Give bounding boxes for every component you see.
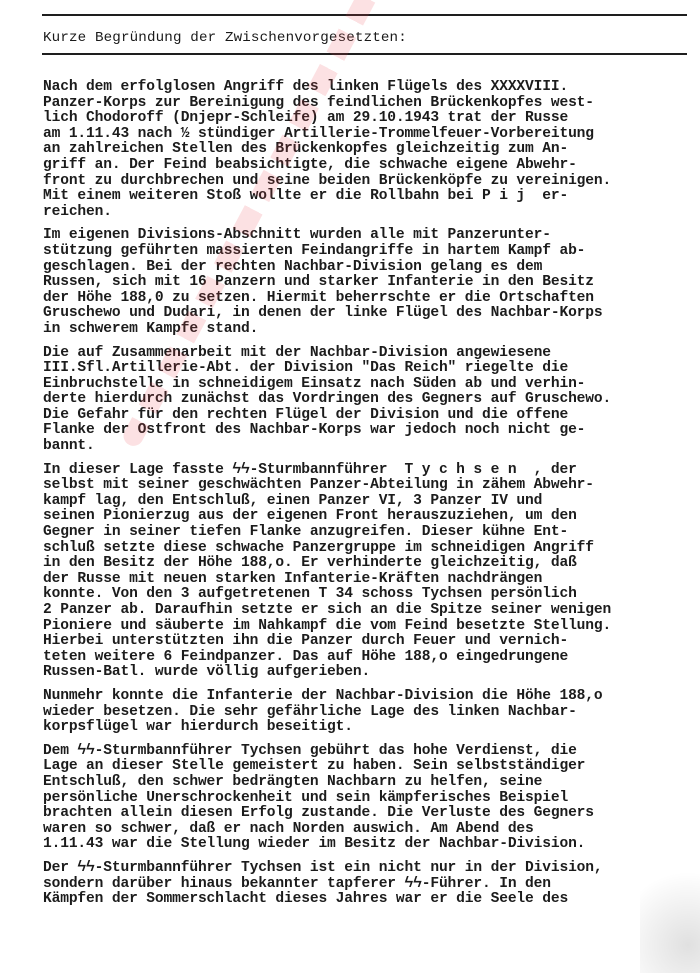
text-line: Die Gefahr für den rechten Flügel der Di… (43, 408, 700, 424)
paragraph: Im eigenen Divisions-Abschnitt wurden al… (43, 228, 700, 337)
text-line: am 1.11.43 nach ½ stündiger Artillerie-T… (43, 127, 700, 143)
paragraph: Nunmehr konnte die Infanterie der Nachba… (43, 689, 700, 736)
text-line: brachten allein diesen Erfolg zustande. … (43, 806, 700, 822)
text-line: III.Sfl.Artillerie-Abt. der Division "Da… (43, 361, 700, 377)
text-line: in schwerem Kampfe stand. (43, 322, 700, 338)
text-line: bannt. (43, 439, 700, 455)
text-line: reichen. (43, 205, 700, 221)
text-line: Der ϟϟ-Sturmbannführer Tychsen ist ein n… (43, 861, 700, 877)
text-line: Hierbei unterstützten ihn die Panzer dur… (43, 634, 700, 650)
text-line: Pioniere und säuberte im Nahkampf die vo… (43, 619, 700, 635)
text-line: Lage an dieser Stelle gemeistert zu habe… (43, 759, 700, 775)
text-line: geschlagen. Bei der rechten Nachbar-Divi… (43, 260, 700, 276)
document-heading: Kurze Begründung der Zwischenvorgesetzte… (43, 30, 407, 46)
text-line: Gruschewo und Dudari, in denen der linke… (43, 306, 700, 322)
text-line: In dieser Lage fasste ϟϟ-Sturmbannführer… (43, 463, 700, 479)
text-line: 1.11.43 war die Stellung wieder im Besit… (43, 837, 700, 853)
text-line: waren so schwer, daß er nach Norden ausw… (43, 822, 700, 838)
heading-underline-rule (42, 53, 687, 55)
text-line: korpsflügel war hierdurch beseitigt. (43, 720, 700, 736)
text-line: Gegner in seiner tiefen Flanke anzugreif… (43, 525, 700, 541)
text-line: derte hierdurch zunächst das Vordringen … (43, 392, 700, 408)
text-line: seinen Pionierzug aus der eigenen Front … (43, 509, 700, 525)
text-line: in den Besitz der Höhe 188,o. Er verhind… (43, 556, 700, 572)
text-line: persönliche Unerschrockenheit und sein k… (43, 791, 700, 807)
text-line: Kämpfen der Sommerschlacht dieses Jahres… (43, 892, 700, 908)
text-line: kampf lag, den Entschluß, einen Panzer V… (43, 494, 700, 510)
text-line: Entschluß, den schwer bedrängten Nachbar… (43, 775, 700, 791)
top-rule (42, 14, 687, 16)
text-line: sondern darüber hinaus bekannter tapfere… (43, 877, 700, 893)
text-line: Mit einem weiteren Stoß wollte er die Ro… (43, 189, 700, 205)
text-line: der Höhe 188,0 zu setzen. Hiermit beherr… (43, 291, 700, 307)
text-line: Russen, sich mit 16 Panzern und starker … (43, 275, 700, 291)
paragraph: Nach dem erfolglosen Angriff des linken … (43, 80, 700, 220)
paragraph: Dem ϟϟ-Sturmbannführer Tychsen gebührt d… (43, 744, 700, 853)
text-line: konnte. Von den 3 aufgetretenen T 34 sch… (43, 587, 700, 603)
text-line: selbst mit seiner geschwächten Panzer-Ab… (43, 478, 700, 494)
text-line: Russen-Batl. wurde völlig aufgerieben. (43, 665, 700, 681)
text-line: lich Chodoroff (Dnjepr-Schleife) am 29.1… (43, 111, 700, 127)
text-line: Flanke der Ostfront des Nachbar-Korps wa… (43, 423, 700, 439)
text-line: teten weitere 6 Feindpanzer. Das auf Höh… (43, 650, 700, 666)
text-line: der Russe mit neuen starken Infanterie-K… (43, 572, 700, 588)
text-line: Dem ϟϟ-Sturmbannführer Tychsen gebührt d… (43, 744, 700, 760)
text-line: Panzer-Korps zur Bereinigung des feindli… (43, 96, 700, 112)
text-line: Einbruchstelle in schneidigem Einsatz na… (43, 377, 700, 393)
text-line: Nach dem erfolglosen Angriff des linken … (43, 80, 700, 96)
paragraph: Die auf Zusammenarbeit mit der Nachbar-D… (43, 346, 700, 455)
text-line: front zu durchbrechen und seine beiden B… (43, 174, 700, 190)
paragraph: Der ϟϟ-Sturmbannführer Tychsen ist ein n… (43, 861, 700, 908)
text-line: schluß setzte diese schwache Panzergrupp… (43, 541, 700, 557)
text-line: 2 Panzer ab. Daraufhin setzte er sich an… (43, 603, 700, 619)
document-body: Nach dem erfolglosen Angriff des linken … (43, 80, 700, 916)
text-line: wieder besetzen. Die sehr gefährliche La… (43, 705, 700, 721)
document-page: Kurze Begründung der Zwischenvorgesetzte… (0, 0, 700, 973)
paragraph: In dieser Lage fasste ϟϟ-Sturmbannführer… (43, 463, 700, 681)
text-line: Nunmehr konnte die Infanterie der Nachba… (43, 689, 700, 705)
text-line: stützung geführten massierten Feindangri… (43, 244, 700, 260)
text-line: Die auf Zusammenarbeit mit der Nachbar-D… (43, 346, 700, 362)
text-line: an zahlreichen Stellen des Brückenkopfes… (43, 142, 700, 158)
text-line: Im eigenen Divisions-Abschnitt wurden al… (43, 228, 700, 244)
text-line: griff an. Der Feind beabsichtigte, die s… (43, 158, 700, 174)
